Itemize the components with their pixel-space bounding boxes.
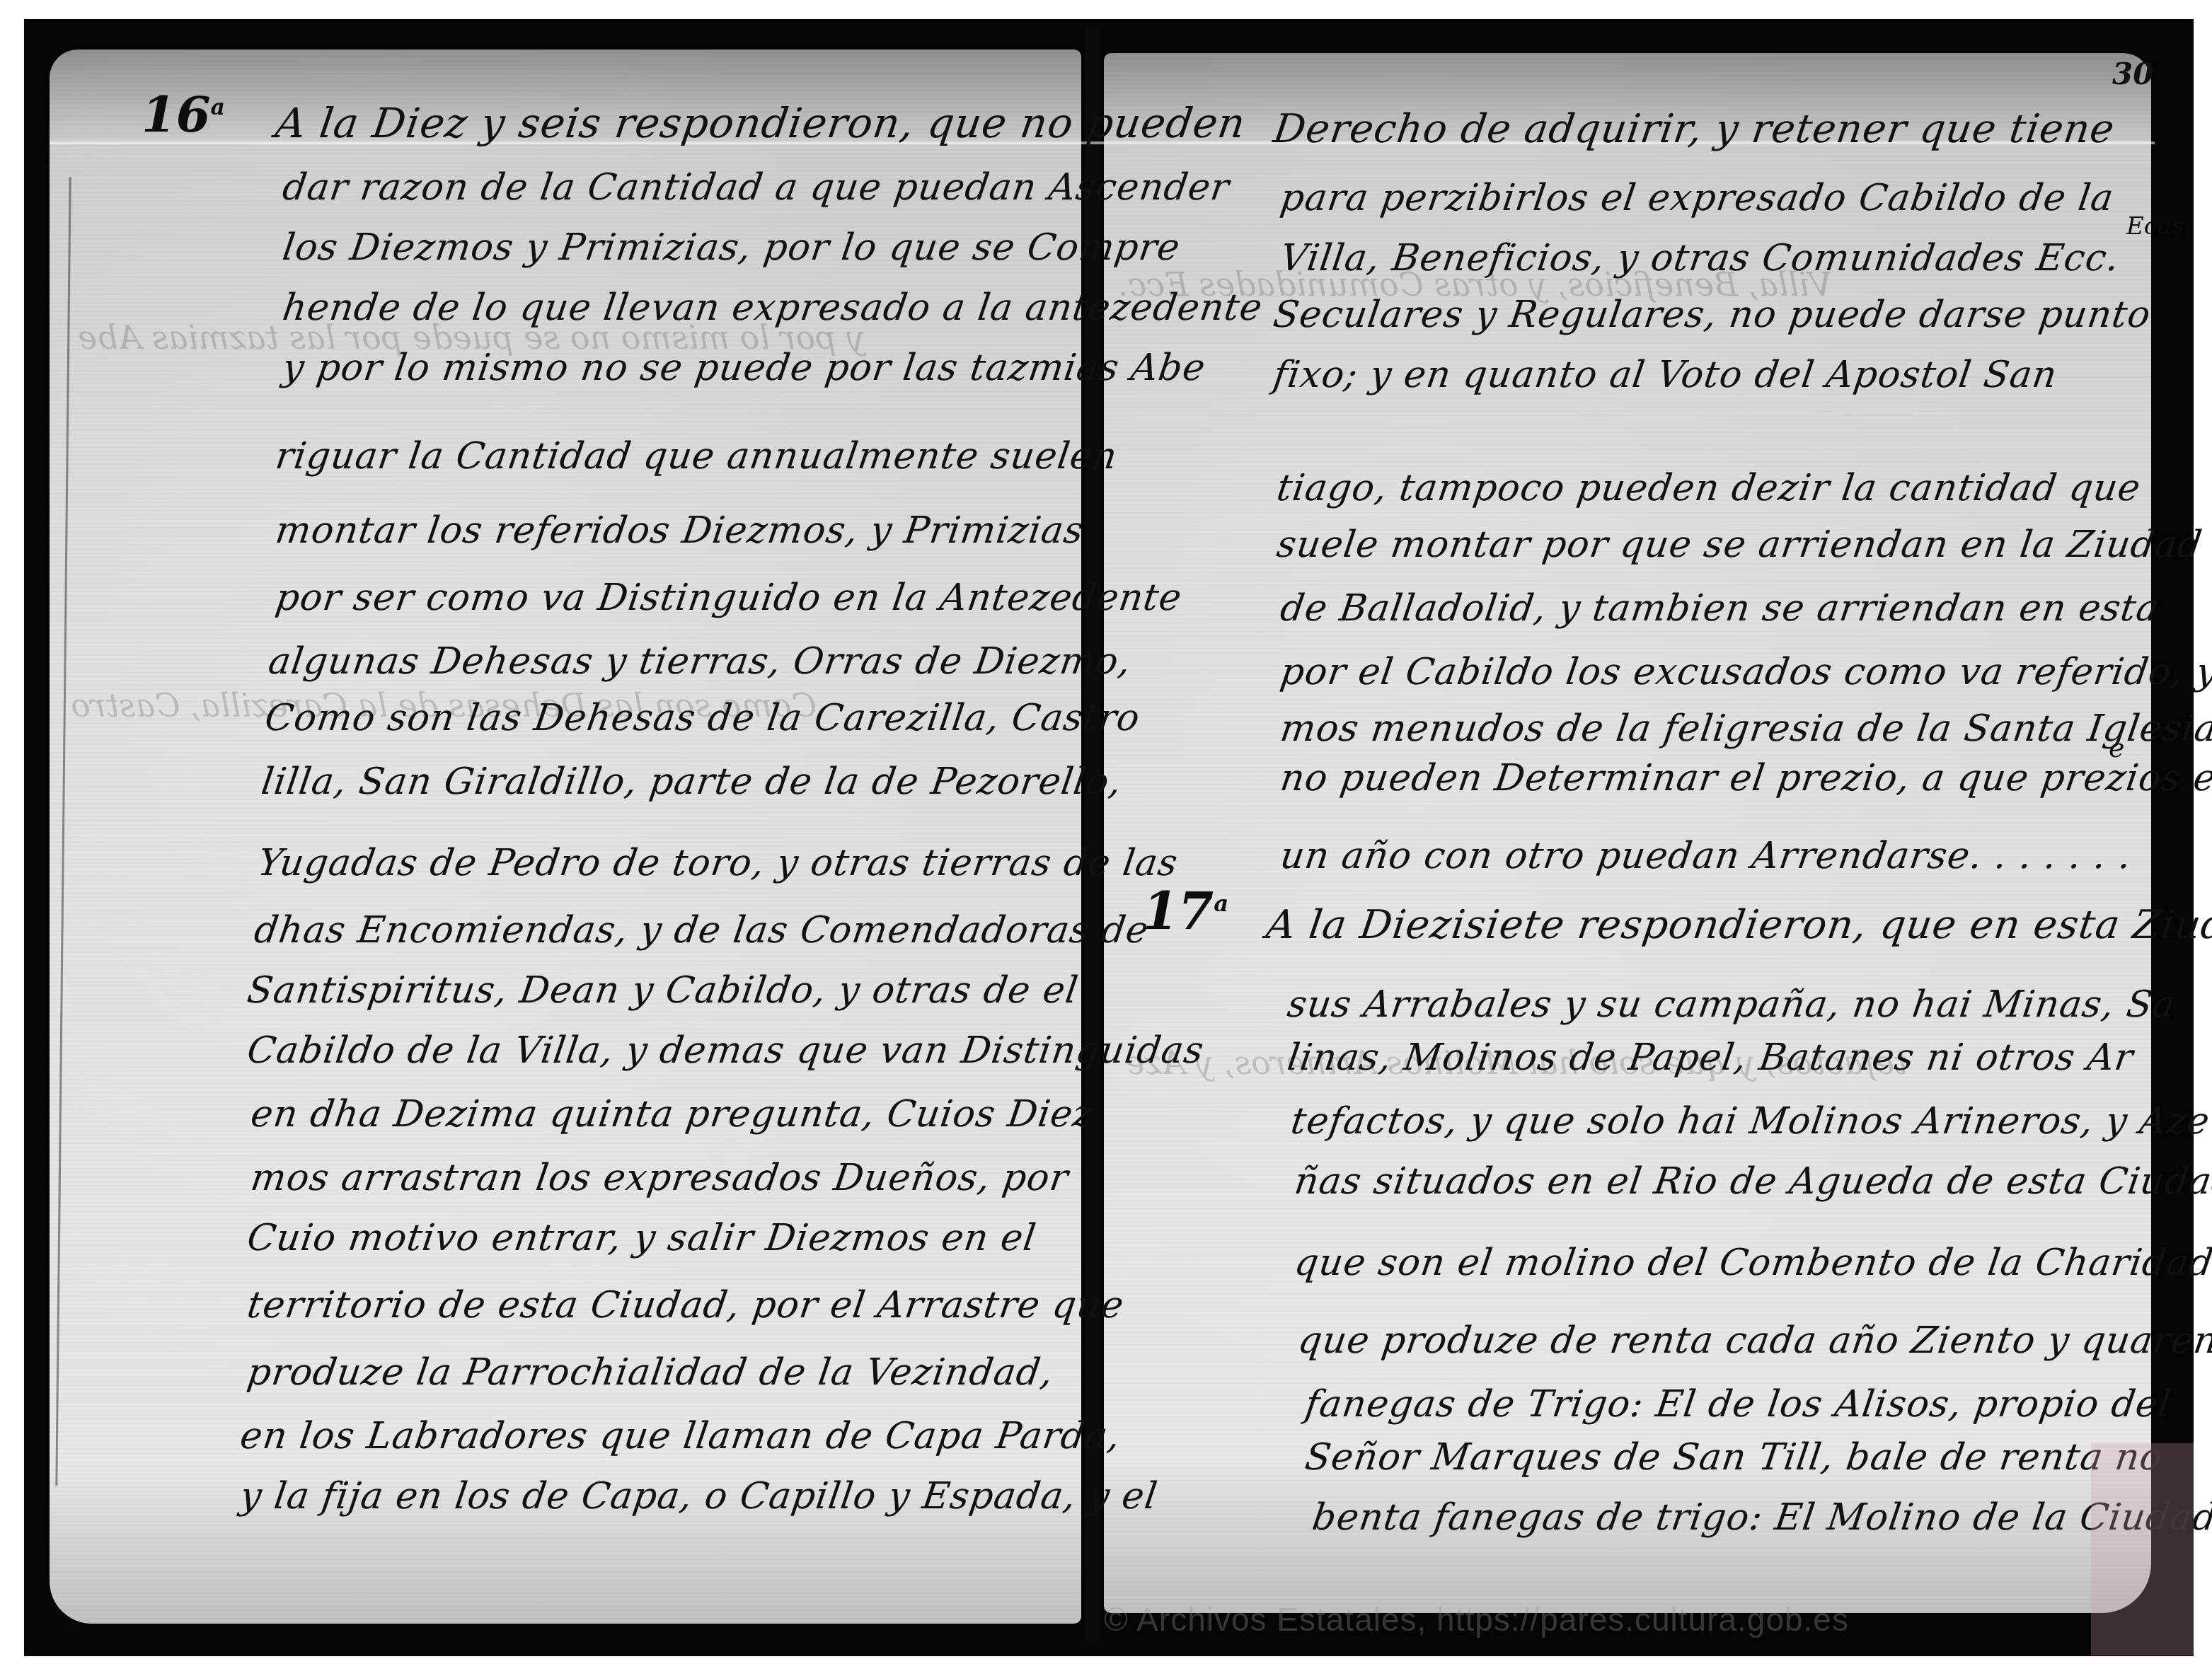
text-line: un año con otro puedan Arrendarse. . . .… — [1278, 835, 2134, 877]
text-line: Cuio motivo entrar, y salir Diezmos en e… — [245, 1217, 1039, 1259]
text-line: tiago, tampoco pueden dezir la cantidad … — [1274, 467, 2143, 509]
answer-number-17: 17a — [1143, 881, 1228, 941]
text-line: montar los referidos Diezmos, y Primizia… — [273, 509, 1087, 552]
text-line: para perzibirlos el expresado Cabildo de… — [1278, 177, 2116, 219]
text-line: fanegas de Trigo: El de los Alisos, prop… — [1303, 1383, 2174, 1426]
text-line: territorio de esta Ciudad, por el Arrast… — [245, 1284, 1127, 1327]
margin-suffix: a — [1214, 890, 1228, 917]
text-line: en los Labradores que llaman de Capa Par… — [238, 1415, 1124, 1457]
margin-suffix: a — [210, 94, 224, 120]
text-line: en dha Dezima quinta pregunta, Cuios Die… — [248, 1093, 1096, 1135]
text-line: A la Diez y seis respondieron, que no pu… — [272, 99, 1249, 147]
text-line: Señor Marques de San Till, bale de renta… — [1303, 1436, 2166, 1479]
text-line: lilla, San Giraldillo, parte de la de Pe… — [259, 761, 1124, 803]
text-line: Derecho de adquirir, y retener que tiene — [1270, 106, 2117, 152]
archive-watermark: © Archivos Estatales, https://pares.cult… — [1104, 1600, 1849, 1639]
text-line: dhas Encomiendas, y de las Comendadoras … — [252, 909, 1152, 952]
text-line: algunas Dehesas y tierras, Orras de Diez… — [266, 640, 1134, 683]
text-line: dar razon de la Cantidad a que puedan As… — [280, 166, 1232, 209]
text-line: que son el molino del Combento de la Cha… — [1292, 1242, 2212, 1284]
text-line: de Balladolid, y tambien se arriendan en… — [1278, 587, 2162, 630]
text-line: mos arrastran los expresados Dueños, por — [248, 1157, 1071, 1199]
text-line: por el Cabildo los excusados como va ref… — [1278, 651, 2212, 693]
text-line: los Diezmos y Primizias, por lo que se C… — [280, 226, 1183, 269]
text-line: tefactos, y que solo hai Molinos Arinero… — [1289, 1100, 2212, 1143]
text-line: riguar la Cantidad que annualmente suele… — [273, 435, 1120, 478]
text-line: Villa, Beneficios, y otras Comunidades E… — [1278, 237, 2122, 279]
text-line: mos menudos de la feligresia de la Santa… — [1278, 707, 2212, 750]
text-line: benta fanegas de trigo: El Molino de la … — [1310, 1496, 2212, 1539]
text-line: Santispiritus, Dean y Cabildo, y otras d… — [245, 969, 1081, 1012]
text-line: A la Diezisiete respondieron, que en est… — [1263, 902, 2212, 948]
text-line: suele montar por que se arriendan en la … — [1274, 524, 2205, 566]
text-line: sus Arrabales y su campaña, no hai Minas… — [1285, 983, 2179, 1026]
folio-number: 30 — [2112, 57, 2153, 91]
answer-number-16: 16a — [142, 85, 225, 144]
text-line: Yugadas de Pedro de toro, y otras tierra… — [255, 842, 1181, 884]
text-line: linas, Molinos de Papel, Batanes ni otro… — [1285, 1036, 2136, 1079]
text-line: y la fija en los de Capa, o Capillo y Es… — [238, 1475, 1160, 1518]
text-line: ñas situados en el Rio de Agueda de esta… — [1292, 1160, 2212, 1203]
text-line: produze la Parrochialidad de la Vezindad… — [245, 1351, 1056, 1394]
text-line: no pueden Determinar el prezio, a que pr… — [1278, 757, 2212, 799]
text-line: y por lo mismo no se puede por las tazmi… — [280, 347, 1209, 389]
text-line: por ser como va Distinguido en la Anteze… — [273, 577, 1185, 619]
margin-number: 16 — [142, 85, 210, 144]
text-line: fixo; y en quanto al Voto del Apostol Sa… — [1271, 354, 2060, 396]
text-line: Como son las Dehesas de la Carezilla, Ca… — [263, 697, 1143, 739]
margin-number: 17 — [1143, 881, 1214, 941]
text-line: Cabildo de la Villa, y demas que van Dis… — [245, 1029, 1207, 1072]
superscript-abbreviation: Ecas — [2126, 212, 2184, 241]
archive-stamp-tint — [2091, 1443, 2194, 1655]
text-line: que produze de renta cada año Ziento y q… — [1296, 1319, 2212, 1362]
page-gutter — [1085, 28, 1100, 1641]
text-line: Seculares y Regulares, no puede darse pu… — [1271, 294, 2154, 336]
text-line: hende de lo que llevan expresado a la an… — [280, 287, 1265, 329]
